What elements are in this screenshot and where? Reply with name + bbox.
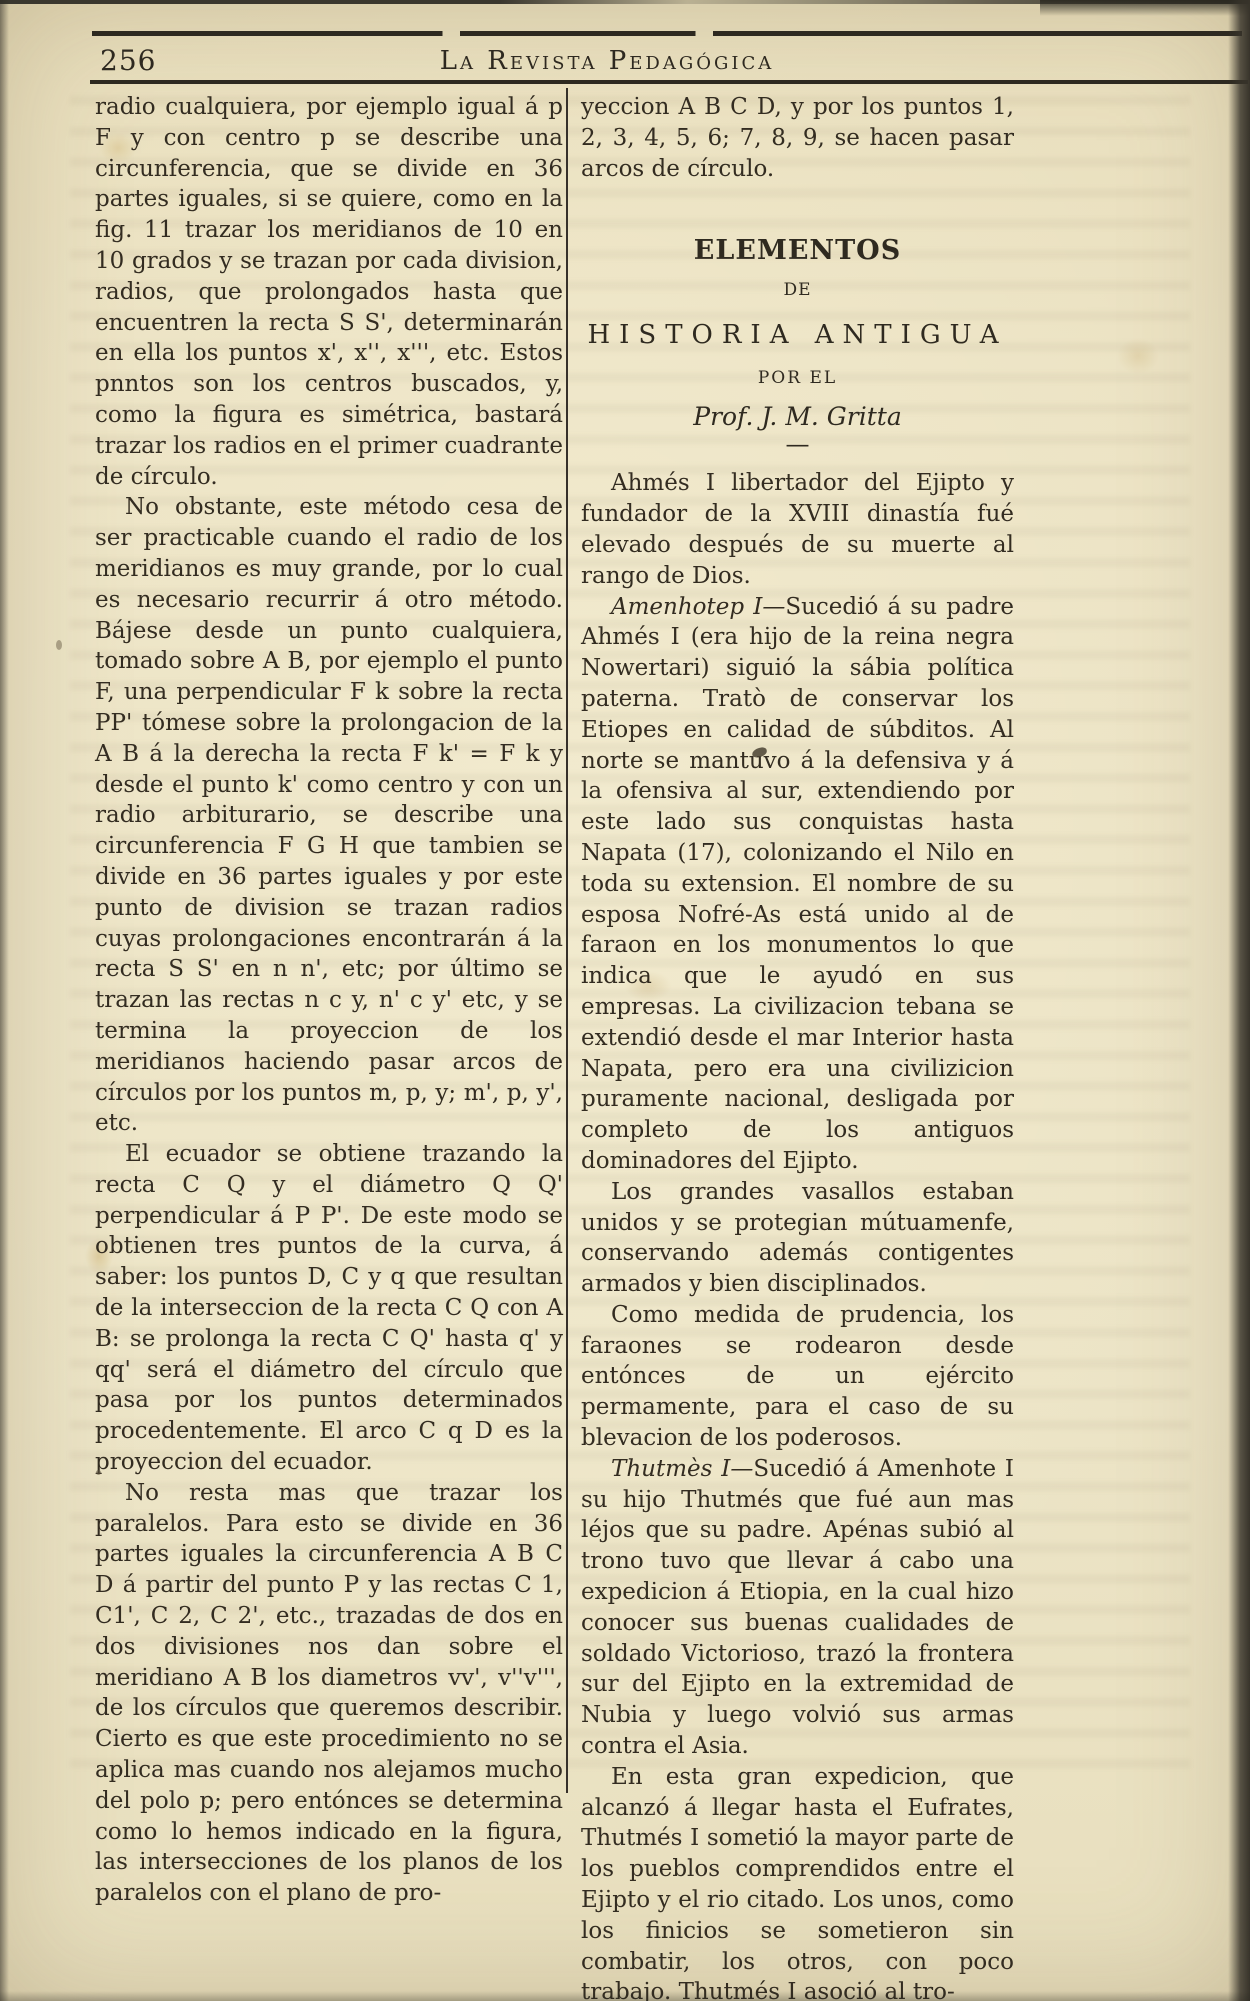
paragraph-text: En esta gran expedicion, que alcanzó á l… bbox=[581, 1764, 1014, 2001]
paragraph-text: Como medida de prudencia, los faraones s… bbox=[581, 1302, 1014, 1451]
body-paragraph: Como medida de prudencia, los faraones s… bbox=[581, 1300, 1014, 1454]
paragraph-text: Los grandes vasallos estaban unidos y se… bbox=[581, 1179, 1014, 1297]
article-subtitle-de: DE bbox=[581, 275, 1014, 306]
article-title: ELEMENTOS bbox=[581, 236, 1014, 267]
body-paragraph: Thutmès I—Sucedió á Amenhote I su hijo T… bbox=[581, 1454, 1014, 1762]
ink-speck bbox=[96, 1470, 101, 1475]
article-author: Prof. J. M. Gritta bbox=[581, 402, 1014, 433]
scan-edge-right bbox=[1228, 0, 1250, 2001]
paragraph-text: Sucedió á Amenhote I su hijo Thutmés que… bbox=[581, 1456, 1014, 1759]
column-divider bbox=[566, 88, 568, 1793]
body-paragraph: Los grandes vasallos estaban unidos y se… bbox=[581, 1177, 1014, 1300]
scan-edge-bottom bbox=[0, 1991, 1250, 2001]
ink-speck bbox=[56, 640, 62, 650]
scan-edge-left bbox=[0, 0, 9, 2001]
paragraph-text: Ahmés I libertador del Ejipto y fundador… bbox=[581, 470, 1014, 588]
left-column: radio cualquiera, por ejemplo igual á p … bbox=[95, 92, 563, 1909]
body-paragraph: Ahmés I libertador del Ejipto y fundador… bbox=[581, 468, 1014, 591]
header-rule-top bbox=[92, 31, 1242, 36]
page-header: 256 La Revista Pedagógica bbox=[92, 42, 1122, 78]
article-byline: POR EL bbox=[581, 363, 1014, 394]
article-heading: ELEMENTOS DE HISTORIA ANTIGUA POR EL Pro… bbox=[581, 236, 1014, 454]
right-column: yeccion A B C D, y por los puntos 1, 2, … bbox=[581, 92, 1014, 2001]
header-rule-bottom bbox=[90, 80, 1248, 84]
body-paragraph: No obstante, este método cesa de ser pra… bbox=[95, 492, 563, 1139]
article-divider-dash: — bbox=[581, 434, 1014, 454]
body-paragraph: Amenhotep I—Sucedió á su padre Ahmés I (… bbox=[581, 592, 1014, 1177]
scanned-page: 256 La Revista Pedagógica radio cualquie… bbox=[0, 0, 1250, 2001]
paragraph-text: Sucedió á su padre Ahmés I (era hijo de … bbox=[581, 594, 1014, 1174]
body-paragraph: radio cualquiera, por ejemplo igual á p … bbox=[95, 92, 563, 492]
paragraph-lead: Thutmès I— bbox=[611, 1456, 753, 1482]
paragraph-lead: Amenhotep I— bbox=[611, 594, 785, 620]
scan-corner-top-right bbox=[1040, 0, 1250, 16]
body-paragraph: No resta mas que trazar los paralelos. P… bbox=[95, 1478, 563, 1909]
page-number: 256 bbox=[100, 44, 156, 77]
body-paragraph: yeccion A B C D, y por los puntos 1, 2, … bbox=[581, 92, 1014, 184]
body-paragraph: En esta gran expedicion, que alcanzó á l… bbox=[581, 1762, 1014, 2001]
body-paragraph: El ecuador se obtiene trazando la recta … bbox=[95, 1139, 563, 1478]
journal-title: La Revista Pedagógica bbox=[440, 46, 774, 76]
article-title-secondary: HISTORIA ANTIGUA bbox=[581, 320, 1014, 351]
